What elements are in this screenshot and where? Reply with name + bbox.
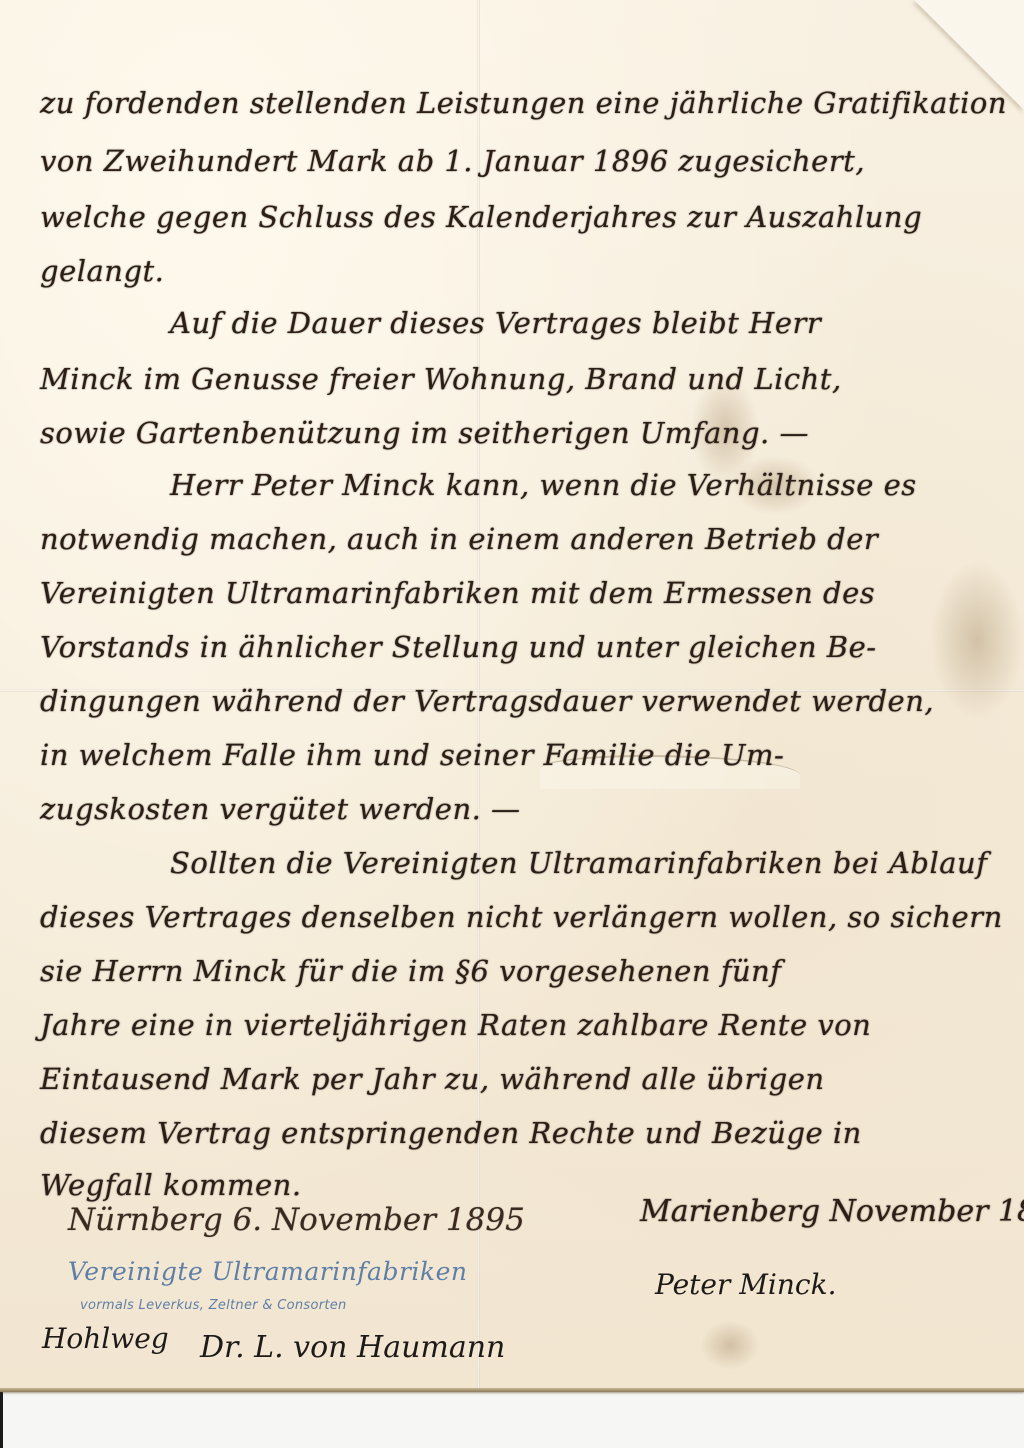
body-line: dingungen während der Vertragsdauer verw… (40, 684, 934, 718)
signature-peter-minck: Peter Minck. (655, 1268, 836, 1301)
body-line: sie Herrn Minck für die im §6 vorgesehen… (40, 954, 782, 988)
body-line: Jahre eine in vierteljährigen Raten zahl… (40, 1008, 871, 1042)
body-line: sowie Gartenbenützung im seitherigen Umf… (40, 416, 809, 450)
body-line: Vereinigten Ultramarinfabriken mit dem E… (40, 576, 875, 610)
body-line: dieses Vertrages denselben nicht verläng… (40, 900, 1003, 934)
place-date-nuernberg: Nürnberg 6. November 1895 (68, 1202, 525, 1238)
letter-page: zu fordenden stellenden Leistungen eine … (0, 0, 1024, 1392)
body-line: Minck im Genusse freier Wohnung, Brand u… (40, 362, 842, 396)
body-line: von Zweihundert Mark ab 1. Januar 1896 z… (40, 144, 865, 178)
company-stamp: Vereinigte Ultramarinfabriken vormals Le… (68, 1257, 467, 1313)
paragraph-start-line: Sollten die Vereinigten Ultramarinfabrik… (40, 846, 987, 880)
body-line: Eintausend Mark per Jahr zu, während all… (40, 1062, 825, 1096)
edge-wear-stain (930, 560, 1024, 720)
paragraph-start-line: Herr Peter Minck kann, wenn die Verhältn… (40, 468, 917, 502)
body-line: gelangt. (40, 254, 164, 288)
body-line: welche gegen Schluss des Kalenderjahres … (40, 200, 922, 234)
stamp-company-subtitle: vormals Leverkus, Zeltner & Consorten (80, 1298, 467, 1313)
body-line: zu fordenden stellenden Leistungen eine … (40, 86, 1007, 120)
body-line: diesem Vertrag entspringenden Rechte und… (40, 1116, 862, 1150)
body-line: notwendig machen, auch in einem anderen … (40, 522, 878, 556)
signature-von-haumann: Dr. L. von Haumann (200, 1330, 505, 1365)
water-stain (700, 1320, 760, 1370)
body-line: in welchem Falle ihm und seiner Familie … (40, 738, 784, 772)
body-line: zugskosten vergütet werden. — (40, 792, 521, 826)
stamp-company-name: Vereinigte Ultramarinfabriken (68, 1257, 467, 1286)
signature-hohlweg: Hohlweg (42, 1322, 169, 1355)
paragraph-start-line: Auf die Dauer dieses Vertrages bleibt He… (40, 306, 821, 340)
body-line: Wegfall kommen. (40, 1168, 302, 1202)
body-line: Vorstands in ähnlicher Stellung und unte… (40, 630, 877, 664)
place-date-marienberg: Marienberg November 1895 (640, 1194, 1024, 1229)
